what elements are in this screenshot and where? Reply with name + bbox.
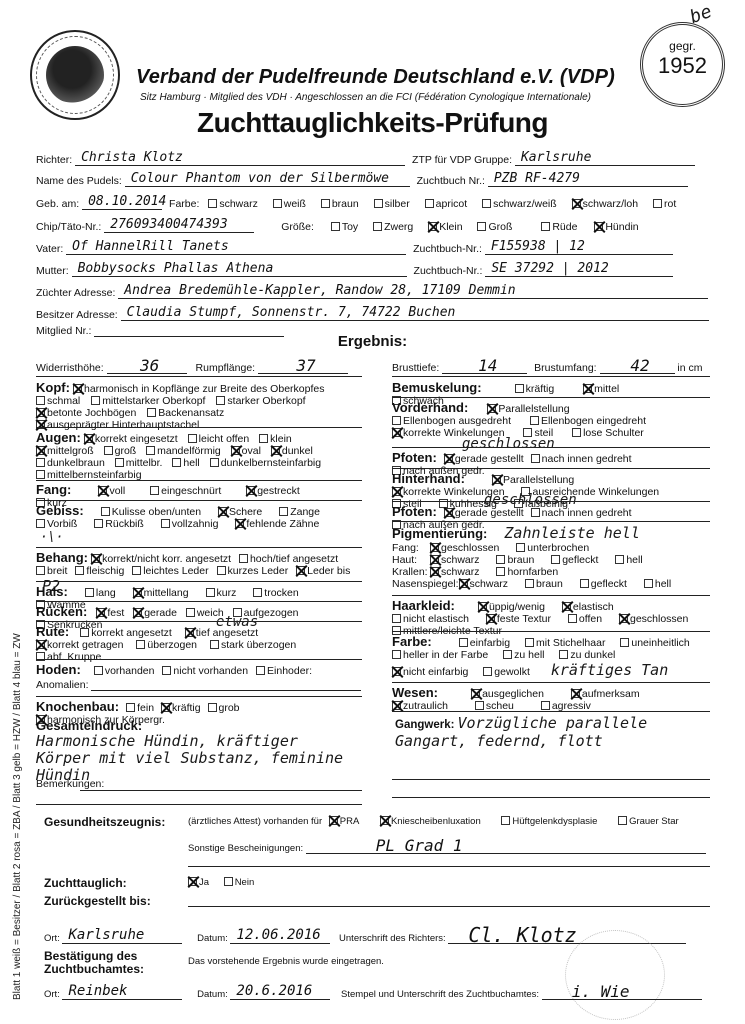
name-row: Name des Pudels: Colour Phantom von der … [36, 171, 688, 187]
brusttiefe-field[interactable]: 14 [442, 358, 527, 374]
option-hell[interactable]: hell [615, 554, 642, 566]
option-hoch-tief-angesetzt[interactable]: hoch/tief angesetzt [239, 553, 338, 565]
option-label: groß [115, 445, 137, 457]
fehlende-zaehne-value[interactable]: ·\· [40, 530, 63, 545]
checkbox-icon[interactable] [80, 628, 89, 637]
option-zu-dunkel[interactable]: zu dunkel [559, 649, 615, 661]
checkbox-checked-icon[interactable] [392, 487, 401, 496]
option-hüftgelenkdysplasie[interactable]: Hüftgelenkdysplasie [501, 816, 597, 827]
checkbox-icon[interactable] [620, 638, 629, 647]
checkbox-icon[interactable] [147, 408, 156, 417]
checkbox-checked-icon[interactable] [444, 508, 453, 517]
checkbox-icon[interactable] [572, 428, 581, 437]
checkbox-icon[interactable] [161, 519, 170, 528]
option-label: braun [536, 578, 563, 590]
option-silber[interactable]: silber [374, 198, 410, 210]
hoden-section: Hoden: vorhanden nicht vorhanden Einhode… [36, 662, 362, 691]
checkbox-icon[interactable] [188, 434, 197, 443]
option-gefleckt[interactable]: gefleckt [551, 554, 598, 566]
option-fehlende-zähne[interactable]: fehlende Zähne [235, 518, 319, 530]
option-label: nach innen gedreht [542, 453, 632, 465]
farbe-note: kräftiges Tan [551, 661, 668, 679]
checkbox-checked-icon[interactable] [235, 519, 244, 528]
option-label: dunkel [282, 445, 313, 457]
zurueck-label: Zurückgestellt bis: [44, 894, 151, 908]
option-üppig-wenig[interactable]: üppig/wenig [478, 601, 545, 613]
option-label: leichtes Leder [143, 565, 208, 577]
pfoten2-note: geschlossen [484, 492, 577, 508]
checkbox-icon[interactable] [101, 507, 110, 516]
option-voll[interactable]: voll [98, 485, 125, 497]
pigment-row-label: Nasenspiegel: [392, 578, 459, 590]
option-nicht-einfarbig[interactable]: nicht einfarbig [392, 666, 468, 678]
checkbox-icon[interactable] [374, 199, 383, 208]
zba-signature[interactable]: i. Wie [542, 984, 702, 1000]
checkbox-icon[interactable] [525, 579, 534, 588]
checkbox-icon[interactable] [541, 222, 550, 231]
option-label: Schere [229, 506, 262, 518]
checkbox-icon[interactable] [515, 384, 524, 393]
option-uneinheitlich[interactable]: uneinheitlich [620, 637, 689, 649]
besitzer-field[interactable]: Claudia Stumpf, Sonnenstr. 7, 74722 Buch… [121, 305, 709, 321]
option-klein[interactable]: klein [259, 433, 292, 445]
checkbox-icon[interactable] [618, 816, 627, 825]
option-apricot[interactable]: apricot [425, 198, 468, 210]
option-nicht-vorhanden[interactable]: nicht vorhanden [162, 665, 248, 677]
checkbox-icon[interactable] [496, 555, 505, 564]
checkbox-icon[interactable] [501, 816, 510, 825]
option-gerade-gestellt[interactable]: gerade gestellt [444, 507, 524, 519]
option-fest[interactable]: fest [96, 607, 124, 619]
option-label: Kniescheibenluxation [391, 816, 481, 827]
checkbox-checked-icon[interactable] [296, 566, 305, 575]
stamp-icon [565, 930, 665, 1020]
checkbox-checked-icon[interactable] [562, 602, 571, 611]
checkbox-checked-icon[interactable] [430, 555, 439, 564]
mutter-field[interactable]: Bobbysocks Phallas Athena [72, 261, 407, 277]
checkbox-icon[interactable] [392, 650, 401, 659]
checkbox-icon[interactable] [653, 199, 662, 208]
checkbox-icon[interactable] [104, 446, 113, 455]
fang-label: Fang: [36, 482, 71, 497]
checkbox-checked-icon[interactable] [218, 507, 227, 516]
checkbox-icon[interactable] [239, 554, 248, 563]
checkbox-icon[interactable] [392, 416, 401, 425]
option-label: ausgeglichen [482, 688, 544, 700]
checkbox-checked-icon[interactable] [36, 408, 45, 417]
option-label: grob [219, 702, 240, 714]
checkbox-checked-icon[interactable] [98, 486, 107, 495]
pigmentierung-label: Pigmentierung: [392, 526, 487, 541]
checkbox-icon[interactable] [373, 222, 382, 231]
option-oval[interactable]: oval [231, 445, 261, 457]
checkbox-icon[interactable] [496, 567, 505, 576]
checkbox-checked-icon[interactable] [392, 701, 401, 710]
option-hell[interactable]: hell [172, 457, 199, 469]
option-klein[interactable]: Klein [428, 221, 462, 233]
checkbox-checked-icon[interactable] [96, 608, 105, 617]
checkbox-icon[interactable] [568, 614, 577, 623]
option-grauer-star[interactable]: Grauer Star [618, 816, 679, 827]
option-hell[interactable]: hell [644, 578, 671, 590]
checkbox-icon[interactable] [425, 199, 434, 208]
checkbox-icon[interactable] [36, 519, 45, 528]
option-kulisse-oben-unten[interactable]: Kulisse oben/unten [101, 506, 201, 518]
zba-datum-field[interactable]: 20.6.2016 [230, 984, 330, 1000]
checkbox-checked-icon[interactable] [594, 222, 603, 231]
option-leder-bis[interactable]: Leder bis [296, 565, 350, 577]
option-braun[interactable]: braun [525, 578, 563, 590]
checkbox-icon[interactable] [483, 667, 492, 676]
option-zu-hell[interactable]: zu hell [503, 649, 544, 661]
checkbox-checked-icon[interactable] [231, 446, 240, 455]
vater-field[interactable]: Of HannelRill Tanets [66, 239, 406, 255]
option-überzogen[interactable]: überzogen [136, 639, 197, 651]
checkbox-checked-icon[interactable] [84, 434, 93, 443]
option-label: feste Textur [497, 613, 551, 625]
option-groß[interactable]: Groß [477, 221, 512, 233]
checkbox-icon[interactable] [94, 666, 103, 675]
option-mittelstarker-oberkopf[interactable]: mittelstarker Oberkopf [91, 395, 205, 407]
option-stark-überzogen[interactable]: stark überzogen [210, 639, 296, 651]
option-feste-textur[interactable]: feste Textur [486, 613, 551, 625]
checkbox-checked-icon[interactable] [572, 199, 581, 208]
option-mit-stichelhaar[interactable]: mit Stichelhaar [525, 637, 605, 649]
option-elastisch[interactable]: elastisch [562, 601, 614, 613]
checkbox-icon[interactable] [259, 434, 268, 443]
checkbox-checked-icon[interactable] [133, 608, 142, 617]
checkbox-icon[interactable] [516, 543, 525, 552]
option-backenansatz[interactable]: Backenansatz [147, 407, 224, 419]
option-parallelstellung[interactable]: Parallelstellung [487, 403, 569, 415]
option-label: uneinheitlich [631, 637, 689, 649]
checkbox-icon[interactable] [279, 507, 288, 516]
geb-row: Geb. am: 08.10.2014 Farbe: schwarz weiß … [36, 194, 688, 210]
option-rüde[interactable]: Rüde [541, 221, 577, 233]
checkbox-icon[interactable] [94, 519, 103, 528]
option-parallelstellung[interactable]: Parallelstellung [492, 474, 574, 486]
option-rückbiß[interactable]: Rückbiß [94, 518, 144, 530]
option-aufmerksam[interactable]: aufmerksam [571, 688, 640, 700]
option-gefleckt[interactable]: gefleckt [580, 578, 627, 590]
option-weiß[interactable]: weiß [273, 198, 306, 210]
checkbox-icon[interactable] [256, 666, 265, 675]
option-mittelgroß[interactable]: mittelgroß [36, 445, 94, 457]
checkbox-icon[interactable] [115, 458, 124, 467]
checkbox-icon[interactable] [525, 638, 534, 647]
checkbox-checked-icon[interactable] [36, 446, 45, 455]
option-ellenbogen-eingedreht[interactable]: Ellenbogen eingedreht [530, 415, 646, 427]
checkbox-icon[interactable] [36, 566, 45, 575]
checkbox-checked-icon[interactable] [73, 384, 82, 393]
option-schwarz-loh[interactable]: schwarz/loh [572, 198, 638, 210]
checkbox-checked-icon[interactable] [487, 404, 496, 413]
checkbox-icon[interactable] [392, 614, 401, 623]
checkbox-checked-icon[interactable] [36, 640, 45, 649]
checkbox-checked-icon[interactable] [185, 628, 194, 637]
checkbox-checked-icon[interactable] [329, 816, 338, 825]
option-korrekt-angesetzt[interactable]: korrekt angesetzt [80, 627, 172, 639]
option-mittelbr-[interactable]: mittelbr. [115, 457, 163, 469]
copy-distribution-note: Blatt 1 weiß = Besitzer / Blatt 2 rosa =… [12, 633, 23, 1000]
option-korrekt-nicht-korr-angesetzt[interactable]: korrekt/nicht korr. angesetzt [91, 553, 231, 565]
option-dunkel[interactable]: dunkel [271, 445, 313, 457]
option-schmal[interactable]: schmal [36, 395, 80, 407]
checkbox-icon[interactable] [253, 588, 262, 597]
checkbox-checked-icon[interactable] [430, 543, 439, 552]
rute-label: Rute: [36, 624, 69, 639]
option-hündin[interactable]: Hündin [594, 221, 638, 233]
option-korrekt-getragen[interactable]: korrekt getragen [36, 639, 123, 651]
checkbox-checked-icon[interactable] [271, 446, 280, 455]
zuchtbuchamt-row: Ort: Reinbek Datum: 20.6.2016 Stempel un… [44, 984, 702, 1000]
anomalien-field[interactable] [91, 690, 361, 691]
checkbox-checked-icon[interactable] [392, 428, 401, 437]
option-schwarz[interactable]: schwarz [430, 566, 480, 578]
option-betonte-jochbögen[interactable]: betonte Jochbögen [36, 407, 136, 419]
option-kurzes-leder[interactable]: kurzes Leder [217, 565, 289, 577]
option-braun[interactable]: braun [496, 554, 534, 566]
option-label: Backenansatz [158, 407, 224, 419]
checkbox-checked-icon[interactable] [583, 384, 592, 393]
option-zange[interactable]: Zange [279, 506, 320, 518]
checkbox-icon[interactable] [217, 566, 226, 575]
checkbox-icon[interactable] [208, 199, 217, 208]
option-einhoder-[interactable]: Einhoder: [256, 665, 312, 677]
checkbox-checked-icon[interactable] [619, 614, 628, 623]
option-nicht-elastisch[interactable]: nicht elastisch [392, 613, 469, 625]
checkbox-checked-icon[interactable] [571, 689, 580, 698]
sonstige-field[interactable]: PL Grad 1 [306, 838, 706, 854]
checkbox-icon[interactable] [551, 555, 560, 564]
checkbox-checked-icon[interactable] [478, 602, 487, 611]
option-schwarz[interactable]: schwarz [430, 554, 480, 566]
checkbox-checked-icon[interactable] [380, 816, 389, 825]
checkbox-checked-icon[interactable] [486, 614, 495, 623]
checkbox-icon[interactable] [580, 579, 589, 588]
option-zwerg[interactable]: Zwerg [373, 221, 413, 233]
checkbox-icon[interactable] [172, 458, 181, 467]
zuchtbuch-field[interactable]: PZB RF-4279 [488, 171, 688, 187]
poodle-icon [46, 46, 104, 104]
option-kräftig[interactable]: kräftig [515, 383, 555, 395]
checkbox-checked-icon[interactable] [161, 703, 170, 712]
option-vollzahnig[interactable]: vollzahnig [161, 518, 219, 530]
option-toy[interactable]: Toy [331, 221, 358, 233]
org-subtitle: Sitz Hamburg · Mitglied des VDH · Angesc… [140, 92, 591, 103]
option-lang[interactable]: lang [85, 587, 116, 599]
checkbox-icon[interactable] [273, 199, 282, 208]
checkbox-icon[interactable] [36, 470, 45, 479]
checkbox-checked-icon[interactable] [430, 567, 439, 576]
checkbox-checked-icon[interactable] [428, 222, 437, 231]
option-fein[interactable]: fein [126, 702, 154, 714]
option-label: nicht vorhanden [173, 665, 248, 677]
checkbox-icon[interactable] [136, 640, 145, 649]
option-nach-innen-gedreht[interactable]: nach innen gedreht [531, 453, 632, 465]
option-geschlossen[interactable]: geschlossen [430, 542, 499, 554]
option-harmonisch-in-kopflänge-zur-breite-des-oberkopfes[interactable]: harmonisch in Kopflänge zur Breite des O… [73, 383, 324, 395]
checkbox-checked-icon[interactable] [459, 579, 468, 588]
checkbox-icon[interactable] [206, 588, 215, 597]
brustumfang-field[interactable]: 42 [600, 358, 675, 374]
option-fleischig[interactable]: fleischig [75, 565, 124, 577]
checkbox-icon[interactable] [146, 446, 155, 455]
checkbox-icon[interactable] [559, 650, 568, 659]
option-schwarz[interactable]: schwarz [459, 578, 509, 590]
option-gewolkt[interactable]: gewolkt [483, 666, 530, 678]
option-dunkelbraun[interactable]: dunkelbraun [36, 457, 105, 469]
option-label: mandelförmig [157, 445, 221, 457]
checkbox-icon[interactable] [162, 666, 171, 675]
option-korrekt-eingesetzt[interactable]: korrekt eingesetzt [84, 433, 178, 445]
checkbox-icon[interactable] [475, 701, 484, 710]
option-label: Hüftgelenkdysplasie [512, 816, 597, 827]
option-mandelförmig[interactable]: mandelförmig [146, 445, 221, 457]
rumpf-field[interactable]: 37 [258, 358, 348, 374]
checkbox-checked-icon[interactable] [392, 667, 401, 676]
name-field[interactable]: Colour Phantom von der Silbermöwe [125, 171, 410, 187]
geb-field[interactable]: 08.10.2014 [82, 194, 162, 210]
option-mittel[interactable]: mittel [583, 383, 619, 395]
option-ellenbogen-ausgedreht[interactable]: Ellenbogen ausgedreht [392, 415, 511, 427]
option-nach-innen-gedreht[interactable]: nach innen gedreht [531, 507, 632, 519]
option-mittellang[interactable]: mittellang [133, 587, 189, 599]
checkbox-icon[interactable] [91, 396, 100, 405]
option-label: kurz [217, 587, 237, 599]
option-label: dunkelbernsteinfarbig [221, 457, 321, 469]
checkbox-icon[interactable] [503, 650, 512, 659]
option-heller-in-der-farbe[interactable]: heller in der Farbe [392, 649, 488, 661]
option-ja[interactable]: Ja [188, 877, 209, 888]
checkbox-icon[interactable] [36, 396, 45, 405]
checkbox-icon[interactable] [644, 579, 653, 588]
pfoten1-note: geschlossen [462, 436, 555, 452]
checkbox-icon[interactable] [208, 703, 217, 712]
option-trocken[interactable]: trocken [253, 587, 298, 599]
option-label: Einhoder: [267, 665, 312, 677]
option-label: schwarz/loh [583, 198, 638, 210]
option-leichtes-leder[interactable]: leichtes Leder [132, 565, 208, 577]
checkbox-icon[interactable] [224, 877, 233, 886]
checkbox-icon[interactable] [331, 222, 340, 231]
checkbox-icon[interactable] [531, 508, 540, 517]
checkbox-icon[interactable] [482, 199, 491, 208]
rumpf-label: Rumpflänge: [196, 362, 256, 374]
option-offen[interactable]: offen [568, 613, 602, 625]
option-gestreckt[interactable]: gestreckt [246, 485, 300, 497]
checkbox-icon[interactable] [531, 454, 540, 463]
option-breit[interactable]: breit [36, 565, 67, 577]
option-lose-schulter[interactable]: lose Schulter [572, 427, 644, 439]
option-geschlossen[interactable]: geschlossen [619, 613, 688, 625]
option-ausgeglichen[interactable]: ausgeglichen [471, 688, 544, 700]
zba-ort-field[interactable]: Reinbek [62, 984, 182, 1000]
gangwerk-section: Gangwerk: Vorzügliche parallele Gangart,… [395, 714, 710, 750]
option-rot[interactable]: rot [653, 198, 676, 210]
checkbox-icon[interactable] [36, 458, 45, 467]
option-hornfarben[interactable]: hornfarben [496, 566, 558, 578]
option-vorbiß[interactable]: Vorbiß [36, 518, 77, 530]
option-braun[interactable]: braun [321, 198, 359, 210]
gesamteindruck-field[interactable]: Harmonische Hündin, kräftiger Körper mit… [36, 733, 356, 784]
checkbox-checked-icon[interactable] [246, 486, 255, 495]
seal-label: gegr. [643, 39, 722, 53]
zuechter-field[interactable]: Andrea Bredemühle-Kappler, Randow 28, 17… [118, 283, 708, 299]
behang-label: Behang: [36, 550, 88, 565]
checkbox-icon[interactable] [477, 222, 486, 231]
datum-field[interactable]: 12.06.2016 [230, 928, 330, 944]
richter-field[interactable]: Christa Klotz [75, 150, 405, 166]
mutter-zb-field[interactable]: SE 37292 | 2012 [485, 261, 673, 277]
checkbox-icon[interactable] [132, 566, 141, 575]
option-unterbrochen[interactable]: unterbrochen [516, 542, 589, 554]
option-grob[interactable]: grob [208, 702, 240, 714]
option-label: lang [96, 587, 116, 599]
checkbox-checked-icon[interactable] [444, 454, 453, 463]
option-kurz[interactable]: kurz [206, 587, 237, 599]
option-label: gerade gestellt [455, 453, 524, 465]
option-eingeschnürt[interactable]: eingeschnürt [150, 485, 221, 497]
option-groß[interactable]: groß [104, 445, 137, 457]
option-leicht-offen[interactable]: leicht offen [188, 433, 250, 445]
checkbox-icon[interactable] [75, 566, 84, 575]
checkbox-icon[interactable] [321, 199, 330, 208]
checkbox-icon[interactable] [530, 416, 539, 425]
chip-field[interactable]: 276093400474393 [104, 217, 254, 233]
option-schere[interactable]: Schere [218, 506, 262, 518]
option-dunkelbernsteinfarbig[interactable]: dunkelbernsteinfarbig [210, 457, 321, 469]
option-einfarbig[interactable]: einfarbig [459, 637, 510, 649]
checkbox-icon[interactable] [216, 396, 225, 405]
checkbox-icon[interactable] [85, 588, 94, 597]
ztp-field[interactable]: Karlsruhe [515, 150, 695, 166]
pigment-options: schwarz braun gefleckt hell [430, 554, 657, 566]
checkbox-checked-icon[interactable] [471, 689, 480, 698]
option-starker-oberkopf[interactable]: starker Oberkopf [216, 395, 305, 407]
checkbox-icon[interactable] [459, 638, 468, 647]
option-vorhanden[interactable]: vorhanden [94, 665, 155, 677]
option-nein[interactable]: Nein [224, 877, 255, 888]
pigment-options: schwarz hornfarben [430, 566, 572, 578]
option-schwarz-weiß[interactable]: schwarz/weiß [482, 198, 557, 210]
checkbox-icon[interactable] [210, 458, 219, 467]
richter-signature[interactable]: Cl. Klotz [448, 928, 686, 944]
checkbox-icon[interactable] [186, 608, 195, 617]
checkbox-icon[interactable] [126, 703, 135, 712]
checkbox-icon[interactable] [541, 701, 550, 710]
widerrist-field[interactable]: 36 [107, 358, 187, 374]
option-label: Leder bis [307, 565, 350, 577]
option-kniescheibenluxation[interactable]: Kniescheibenluxation [380, 816, 481, 827]
ort-field[interactable]: Karlsruhe [62, 928, 182, 944]
checkbox-icon[interactable] [150, 486, 159, 495]
option-schwarz[interactable]: schwarz [208, 198, 258, 210]
option-gerade-gestellt[interactable]: gerade gestellt [444, 453, 524, 465]
option-pra[interactable]: PRA [329, 816, 360, 827]
checkbox-checked-icon[interactable] [188, 877, 197, 886]
checkbox-icon[interactable] [210, 640, 219, 649]
option-kräftig[interactable]: kräftig [161, 702, 201, 714]
checkbox-checked-icon[interactable] [133, 588, 142, 597]
option-gerade[interactable]: gerade [133, 607, 177, 619]
checkbox-checked-icon[interactable] [91, 554, 100, 563]
checkbox-checked-icon[interactable] [492, 475, 501, 484]
checkbox-icon[interactable] [615, 555, 624, 564]
zurueck-field[interactable] [188, 891, 710, 907]
vater-row: Vater: Of HannelRill Tanets Zuchtbuch-Nr… [36, 239, 673, 255]
vater-zb-field[interactable]: F155938 | 12 [485, 239, 673, 255]
